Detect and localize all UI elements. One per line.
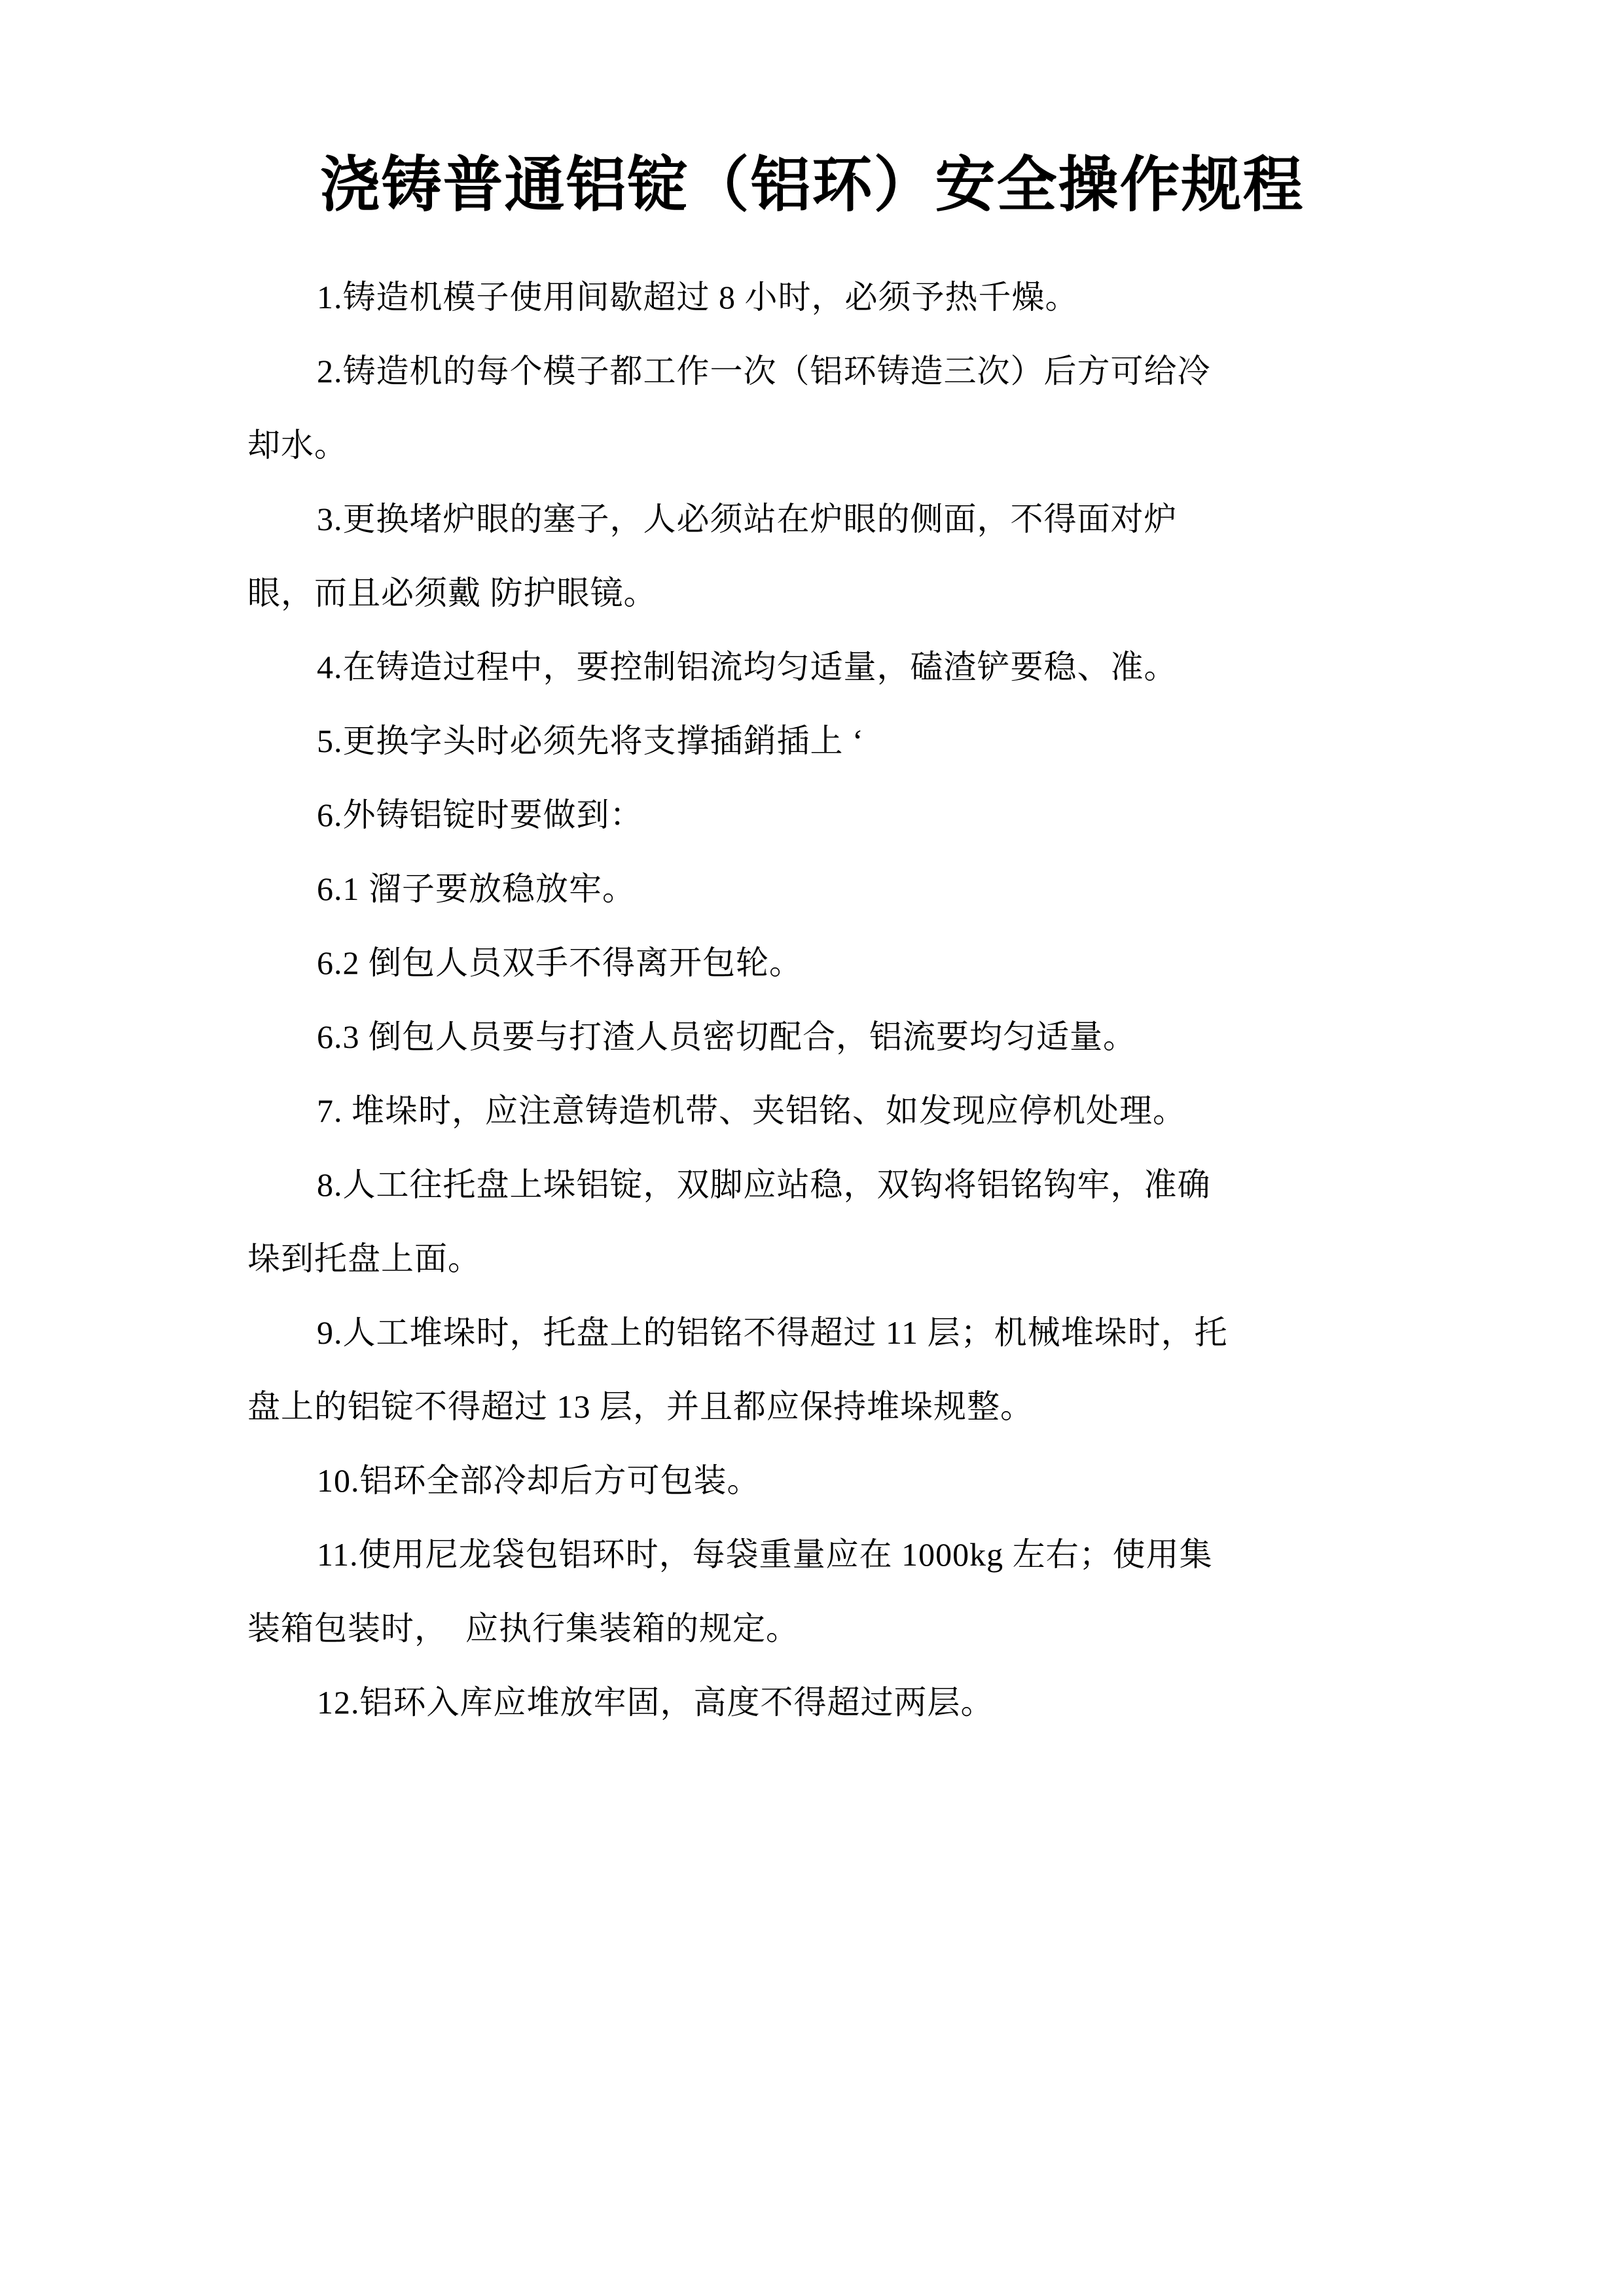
text-line-15: 9.人工堆垛时，托盘上的铝铭不得超过 11 层；机械堆垛时，托: [247, 1296, 1380, 1370]
text-line-4: 3.更换堵炉眼的塞子，人必须站在炉眼的侧面，不得面对炉: [247, 482, 1380, 556]
text-line-6: 4.在铸造过程中，要控制铝流均匀适量，磕渣铲要稳、准。: [247, 630, 1380, 704]
text-line-12: 7. 堆垛时，应注意铸造机带、夹铝铭、如发现应停机处理。: [247, 1074, 1380, 1148]
text-line-18: 11.使用尼龙袋包铝环时，每袋重量应在 1000kg 左右；使用集: [247, 1518, 1380, 1592]
text-line-8: 6.外铸铝锭时要做到：: [247, 778, 1380, 852]
text-line-3: 却水。: [247, 408, 1380, 482]
text-line-1: 1.铸造机模子使用间歇超过 8 小时，必须予热千燥。: [247, 260, 1380, 334]
text-line-7: 5.更换字头时必须先将支撑插銷插上 ‘: [247, 704, 1380, 778]
text-line-20: 12.铝环入库应堆放牢固，高度不得超过两层。: [247, 1666, 1380, 1740]
text-line-5: 眼，而且必须戴 防护眼镜。: [247, 556, 1380, 630]
text-line-19: 装箱包装时， 应执行集装箱的规定。: [247, 1592, 1380, 1666]
text-line-16: 盘上的铝锭不得超过 13 层，并且都应保持堆垛规整。: [247, 1370, 1380, 1444]
document-body: 1.铸造机模子使用间歇超过 8 小时，必须予热千燥。 2.铸造机的每个模子都工作…: [247, 260, 1380, 1740]
text-line-9: 6.1 溜子要放稳放牢。: [247, 852, 1380, 926]
document-title: 浇铸普通铝锭（铝环）安全操作规程: [0, 0, 1624, 221]
text-line-13: 8.人工往托盘上垛铝锭，双脚应站稳，双钩将铝铭钩牢，准确: [247, 1148, 1380, 1222]
text-line-10: 6.2 倒包人员双手不得离开包轮。: [247, 926, 1380, 1000]
text-line-14: 垛到托盘上面。: [247, 1222, 1380, 1296]
text-line-2: 2.铸造机的每个模子都工作一次（铝环铸造三次）后方可给冷: [247, 334, 1380, 408]
text-line-17: 10.铝环全部冷却后方可包装。: [247, 1444, 1380, 1518]
document-page: 浇铸普通铝锭（铝环）安全操作规程 1.铸造机模子使用间歇超过 8 小时，必须予热…: [0, 0, 1624, 2296]
text-line-11: 6.3 倒包人员要与打渣人员密切配合，铝流要均匀适量。: [247, 1000, 1380, 1074]
